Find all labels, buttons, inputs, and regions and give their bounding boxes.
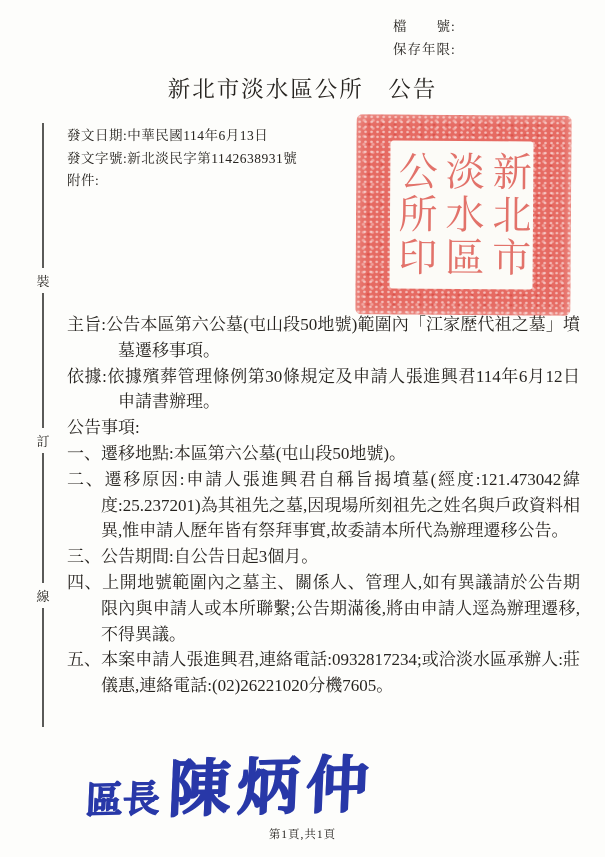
seal-column-right: 新北市: [487, 151, 531, 280]
item-text: 遷移地點:本區第六公墓(屯山段50地號)。: [101, 444, 406, 463]
official-red-seal: 新北市 淡水區 公所印: [355, 114, 571, 315]
binding-mark-zhuang: 裝: [33, 268, 53, 293]
archive-block: 檔 號: 保存年限:: [393, 15, 456, 61]
announcement-item-1: 一、遷移地點:本區第六公墓(屯山段50地號)。: [67, 441, 580, 467]
binding-margin-line: [42, 123, 44, 727]
official-announcement-page: 檔 號: 保存年限: 新北市淡水區公所 公告 發文日期:中華民國114年6月13…: [0, 0, 605, 857]
doc-number-line: 發文字號:新北淡民字第1142638931號: [67, 148, 297, 171]
basis-paragraph: 依據:依據殯葬管理條例第30條規定及申請人張進興君114年6月12日申請書辦理。: [67, 364, 580, 416]
attachment-line: 附件:: [67, 170, 297, 193]
file-number-label: 檔 號:: [393, 15, 456, 38]
item-number: 二、: [67, 470, 105, 489]
binding-mark-ding: 訂: [33, 428, 53, 453]
announcement-item-2: 二、遷移原因:申請人張進興君自稱旨揭墳墓(經度:121.473042緯度:25.…: [67, 467, 580, 544]
items-header: 公告事項:: [67, 415, 580, 441]
item-number: 五、: [67, 650, 101, 669]
retention-period-label: 保存年限:: [393, 38, 456, 61]
signature-name: 陳炳仲: [166, 734, 377, 829]
basis-label: 依據:: [67, 367, 107, 386]
seal-column-left: 公所印: [393, 150, 437, 279]
subject-label: 主旨:: [67, 315, 106, 334]
announcement-item-4: 四、上開地號範圍內之墓主、關係人、管理人,如有異議請於公告期限內與申請人或本所聯…: [67, 570, 580, 647]
item-number: 一、: [67, 444, 101, 463]
item-number: 三、: [67, 547, 101, 566]
item-text: 公告期間:自公告日起3個月。: [101, 547, 318, 566]
signature-title: 區長: [84, 768, 160, 824]
subject-text: 公告本區第六公墓(屯山段50地號)範圍內「江家歷代祖之墓」墳墓遷移事項。: [106, 315, 580, 360]
item-text: 上開地號範圍內之墓主、關係人、管理人,如有異議請於公告期限內與申請人或本所聯繫;…: [101, 573, 580, 644]
announcement-item-5: 五、本案申請人張進興君,連絡電話:0932817234;或洽淡水區承辦人:莊儀惠…: [67, 647, 580, 699]
item-text: 本案申請人張進興君,連絡電話:0932817234;或洽淡水區承辦人:莊儀惠,連…: [101, 650, 580, 695]
announcement-body: 主旨:公告本區第六公墓(屯山段50地號)範圍內「江家歷代祖之墓」墳墓遷移事項。 …: [67, 312, 580, 699]
binding-mark-xian: 線: [33, 583, 53, 608]
meta-block: 發文日期:中華民國114年6月13日 發文字號:新北淡民字第1142638931…: [67, 125, 297, 193]
subject-paragraph: 主旨:公告本區第六公墓(屯山段50地號)範圍內「江家歷代祖之墓」墳墓遷移事項。: [67, 312, 580, 364]
seal-inner-field: 新北市 淡水區 公所印: [389, 140, 533, 289]
mayor-signature: 區長 陳炳仲: [84, 734, 377, 831]
seal-column-middle: 淡水區: [440, 151, 484, 280]
issue-date-line: 發文日期:中華民國114年6月13日: [67, 125, 297, 148]
announcement-item-3: 三、公告期間:自公告日起3個月。: [67, 544, 580, 570]
seal-script-text: 新北市 淡水區 公所印: [390, 142, 532, 288]
page-title: 新北市淡水區公所 公告: [0, 72, 605, 104]
basis-text: 依據殯葬管理條例第30條規定及申請人張進興君114年6月12日申請書辦理。: [107, 367, 580, 412]
page-number-footer: 第1頁,共1頁: [0, 826, 605, 842]
item-text: 遷移原因:申請人張進興君自稱旨揭墳墓(經度:121.473042緯度:25.23…: [101, 470, 580, 541]
item-number: 四、: [67, 573, 102, 592]
